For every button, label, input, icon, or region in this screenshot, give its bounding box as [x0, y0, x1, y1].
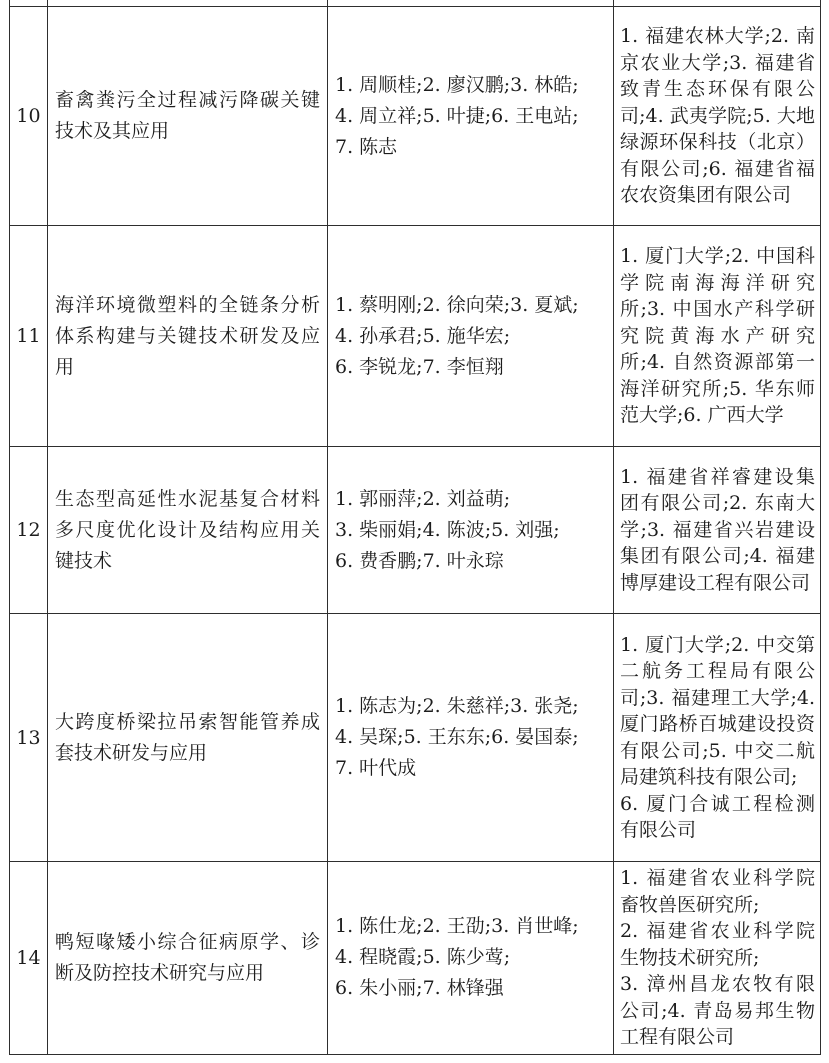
- table-row: 12 生态型高延性水泥基复合材料多尺度优化设计及结构应用关键技术 1. 郭丽萍;…: [10, 447, 821, 614]
- table-row: 14 鸭短喙矮小综合征病原学、诊断及防控技术研究与应用 1. 陈仕龙;2. 王劭…: [10, 862, 821, 1055]
- organizations-cell: 1. 厦门大学;2. 中国科学院南海海洋研究所;3. 中国水产科学研究院黄海水产…: [614, 226, 821, 447]
- table-row: 10 畜禽粪污全过程减污降碳关键技术及其应用 1. 周顺桂;2. 廖汉鹏;3. …: [10, 7, 821, 226]
- row-number-cell: 12: [10, 447, 48, 614]
- row-number-cell: 14: [10, 862, 48, 1055]
- team-members-cell: 1. 陈志为;2. 朱慈祥;3. 张尧; 4. 吴琛;5. 王东东;6. 晏国泰…: [328, 614, 614, 862]
- team-members-cell: 1. 周顺桂;2. 廖汉鹏;3. 林皓; 4. 周立祥;5. 叶捷;6. 王电站…: [328, 7, 614, 226]
- table-row: 13 大跨度桥梁拉吊索智能管养成套技术研发与应用 1. 陈志为;2. 朱慈祥;3…: [10, 614, 821, 862]
- team-members-cell: 1. 郭丽萍;2. 刘益萌; 3. 柴丽娟;4. 陈波;5. 刘强; 6. 费香…: [328, 447, 614, 614]
- table-row: 11 海洋环境微塑料的全链条分析体系构建与关键技术研发及应用 1. 蔡明刚;2.…: [10, 226, 821, 447]
- organizations-cell: 1. 福建省农业科学院畜牧兽医研究所; 2. 福建省农业科学院生物技术研究所; …: [614, 862, 821, 1055]
- project-awards-table: 10 畜禽粪污全过程减污降碳关键技术及其应用 1. 周顺桂;2. 廖汉鹏;3. …: [9, 0, 821, 1055]
- organizations-cell: 1. 福建省祥睿建设集团有限公司;2. 东南大学;3. 福建省兴岩建设集团有限公…: [614, 447, 821, 614]
- project-name-cell: 大跨度桥梁拉吊索智能管养成套技术研发与应用: [48, 614, 328, 862]
- project-name-cell: 海洋环境微塑料的全链条分析体系构建与关键技术研发及应用: [48, 226, 328, 447]
- team-members-cell: 1. 蔡明刚;2. 徐向荣;3. 夏斌; 4. 孙承君;5. 施华宏; 6. 李…: [328, 226, 614, 447]
- team-members-cell: 1. 陈仕龙;2. 王劭;3. 肖世峰; 4. 程晓霞;5. 陈少莺; 6. 朱…: [328, 862, 614, 1055]
- project-name-cell: 畜禽粪污全过程减污降碳关键技术及其应用: [48, 7, 328, 226]
- project-name-cell: 鸭短喙矮小综合征病原学、诊断及防控技术研究与应用: [48, 862, 328, 1055]
- row-number-cell: 13: [10, 614, 48, 862]
- row-number-cell: 11: [10, 226, 48, 447]
- organizations-cell: 1. 厦门大学;2. 中交第二航务工程局有限公司;3. 福建理工大学;4. 厦门…: [614, 614, 821, 862]
- organizations-cell: 1. 福建农林大学;2. 南京农业大学;3. 福建省致青生态环保有限公司;4. …: [614, 7, 821, 226]
- project-name-cell: 生态型高延性水泥基复合材料多尺度优化设计及结构应用关键技术: [48, 447, 328, 614]
- row-number-cell: 10: [10, 7, 48, 226]
